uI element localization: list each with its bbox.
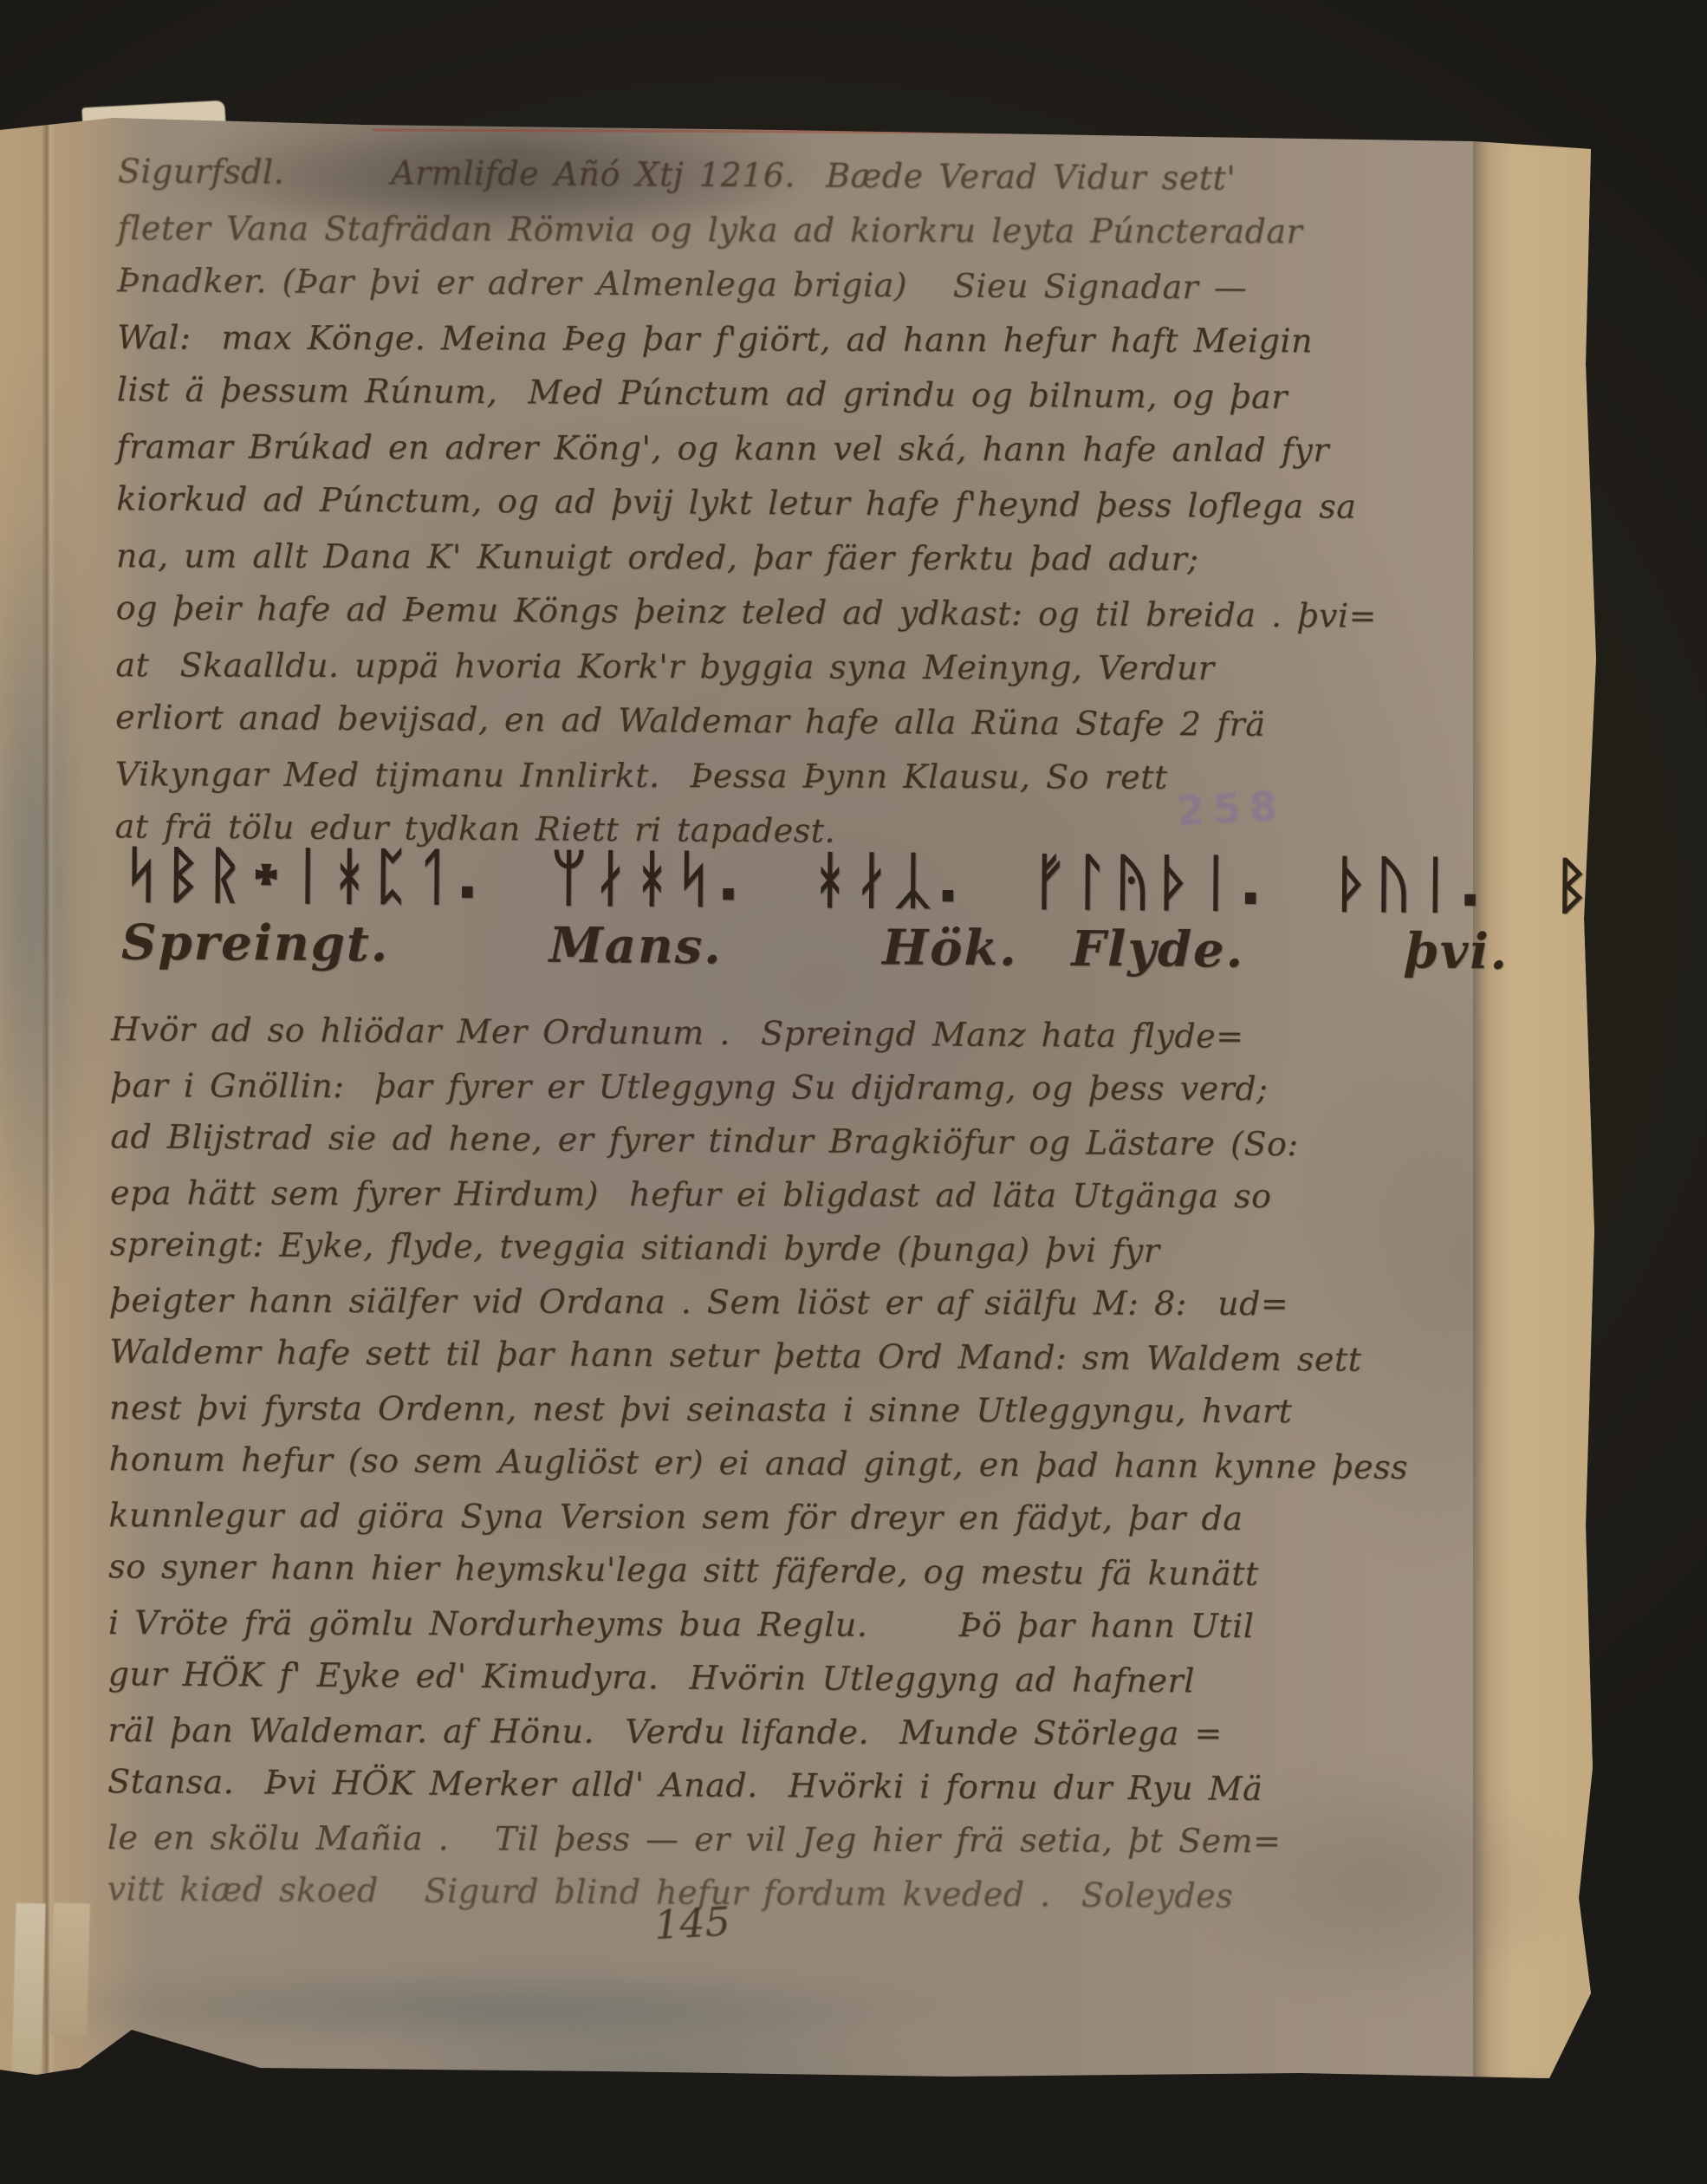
ink-smudge xyxy=(0,520,87,1317)
manuscript-line: na, um allt Dana K' Kunuigt orded, þar f… xyxy=(116,529,1537,588)
manuscript-line: Hvör ad so hliödar Mer Ordunum . Spreing… xyxy=(111,1002,1532,1065)
manuscript-line: þar i Gnöllin: þar fyrer er Utleggyng Su… xyxy=(110,1058,1531,1116)
manuscript-line: so syner hann hier heymsku'lega sitt fäf… xyxy=(108,1539,1529,1602)
collection-stamp-number: 258 xyxy=(1176,783,1288,835)
manuscript-line: Stansa. Þvi HÖK Merker alld' Anad. Hvörk… xyxy=(107,1754,1529,1817)
page-number: 145 xyxy=(653,1898,732,1949)
manuscript-text-bottom: Hvör ad so hliödar Mer Ordunum . Spreing… xyxy=(107,1004,1532,1923)
manuscript-line: fleter Vana Stafrädan Römvia og lyka ad … xyxy=(117,201,1538,260)
manuscript-line: kiorkud ad Púnctum, og ad þvij lykt letu… xyxy=(116,471,1537,536)
ink-smudge xyxy=(0,1966,996,2048)
manuscript-line: gur HÖK f' Eyke ed' Kimudyra. Hvörin Utl… xyxy=(107,1647,1529,1710)
manuscript-line: erliort anad bevijsad, en ad Waldemar ha… xyxy=(115,690,1536,754)
manuscript-line: vitt kiæd skoed Sigurd blind hefur fordu… xyxy=(107,1862,1528,1925)
runic-transliteration: Spreingt. Mans. Hök. Flyde. þvi. Böll xyxy=(121,911,1707,985)
manuscript-line: Sigurfsdl. Armlifde Añó Xtj 1216. Bæde V… xyxy=(118,144,1539,208)
manuscript-line: Wal: max Könge. Meina Þeg þar f'giört, a… xyxy=(117,310,1538,369)
manuscript-line: epa hätt sem fyrer Hirdum) hefur ei blig… xyxy=(110,1166,1531,1224)
manuscript-line: og þeir hafe ad Þemu Köngs þeinz teled a… xyxy=(115,581,1536,645)
manuscript-line: at Skaalldu. uppä hvoria Kork'r byggia s… xyxy=(115,638,1536,697)
manuscript-line: le en skölu Mañia . Til þess — er vil Je… xyxy=(107,1810,1529,1869)
manuscript-line: Waldemr hafe sett til þar hann setur þet… xyxy=(109,1324,1530,1388)
manuscript-line: kunnlegur ad giöra Syna Version sem för … xyxy=(108,1488,1529,1546)
manuscript-line: Þnadker. (Þar þvi er adrer Almenlega bri… xyxy=(117,253,1538,317)
manuscript-line: nest þvi fyrsta Ordenn, nest þvi seinast… xyxy=(109,1381,1530,1439)
binding-edge xyxy=(11,1903,45,2074)
binding-edge xyxy=(50,1902,90,2035)
manuscript-page: Sigurfsdl. Armlifde Añó Xtj 1216. Bæde V… xyxy=(0,0,1707,2184)
manuscript-line: list ä þessum Rúnum, Med Púnctum ad grin… xyxy=(117,362,1538,426)
manuscript-line: räl þan Waldemar. af Hönu. Verdu lifande… xyxy=(107,1703,1529,1761)
manuscript-line: framar Brúkad en adrer Köng', og kann ve… xyxy=(116,419,1537,478)
photograph-background: Sigurfsdl. Armlifde Añó Xtj 1216. Bæde V… xyxy=(0,0,1707,2184)
manuscript-line: honum hefur (so sem Augliöst er) ei anad… xyxy=(109,1432,1530,1495)
manuscript-line: ad Blijstrad sie ad hene, er fyrer tindu… xyxy=(110,1109,1531,1173)
manuscript-line: Vikyngar Med tijmanu Innlirkt. Þessa Þyn… xyxy=(115,747,1536,806)
manuscript-text-top: Sigurfsdl. Armlifde Añó Xtj 1216. Bæde V… xyxy=(114,146,1539,861)
manuscript-line: i Vröte frä gömlu Nordurheyms bua Reglu.… xyxy=(108,1596,1529,1654)
manuscript-line: þeigter hann siälfer vid Ordana . Sem li… xyxy=(109,1273,1530,1331)
runic-heading: ᛋᛒᚱ᛭ᛁᚼᛈᛐ. ᛘᛅᚼᛋ. ᚼᛅᛣ. ᚠᛚᚤᚦᛁ. ᚦᚢᛁ. ᛒᛅᛚᛚ xyxy=(123,839,1707,922)
manuscript-line: spreingt: Eyke, flyde, tveggia sitiandi … xyxy=(110,1217,1531,1280)
